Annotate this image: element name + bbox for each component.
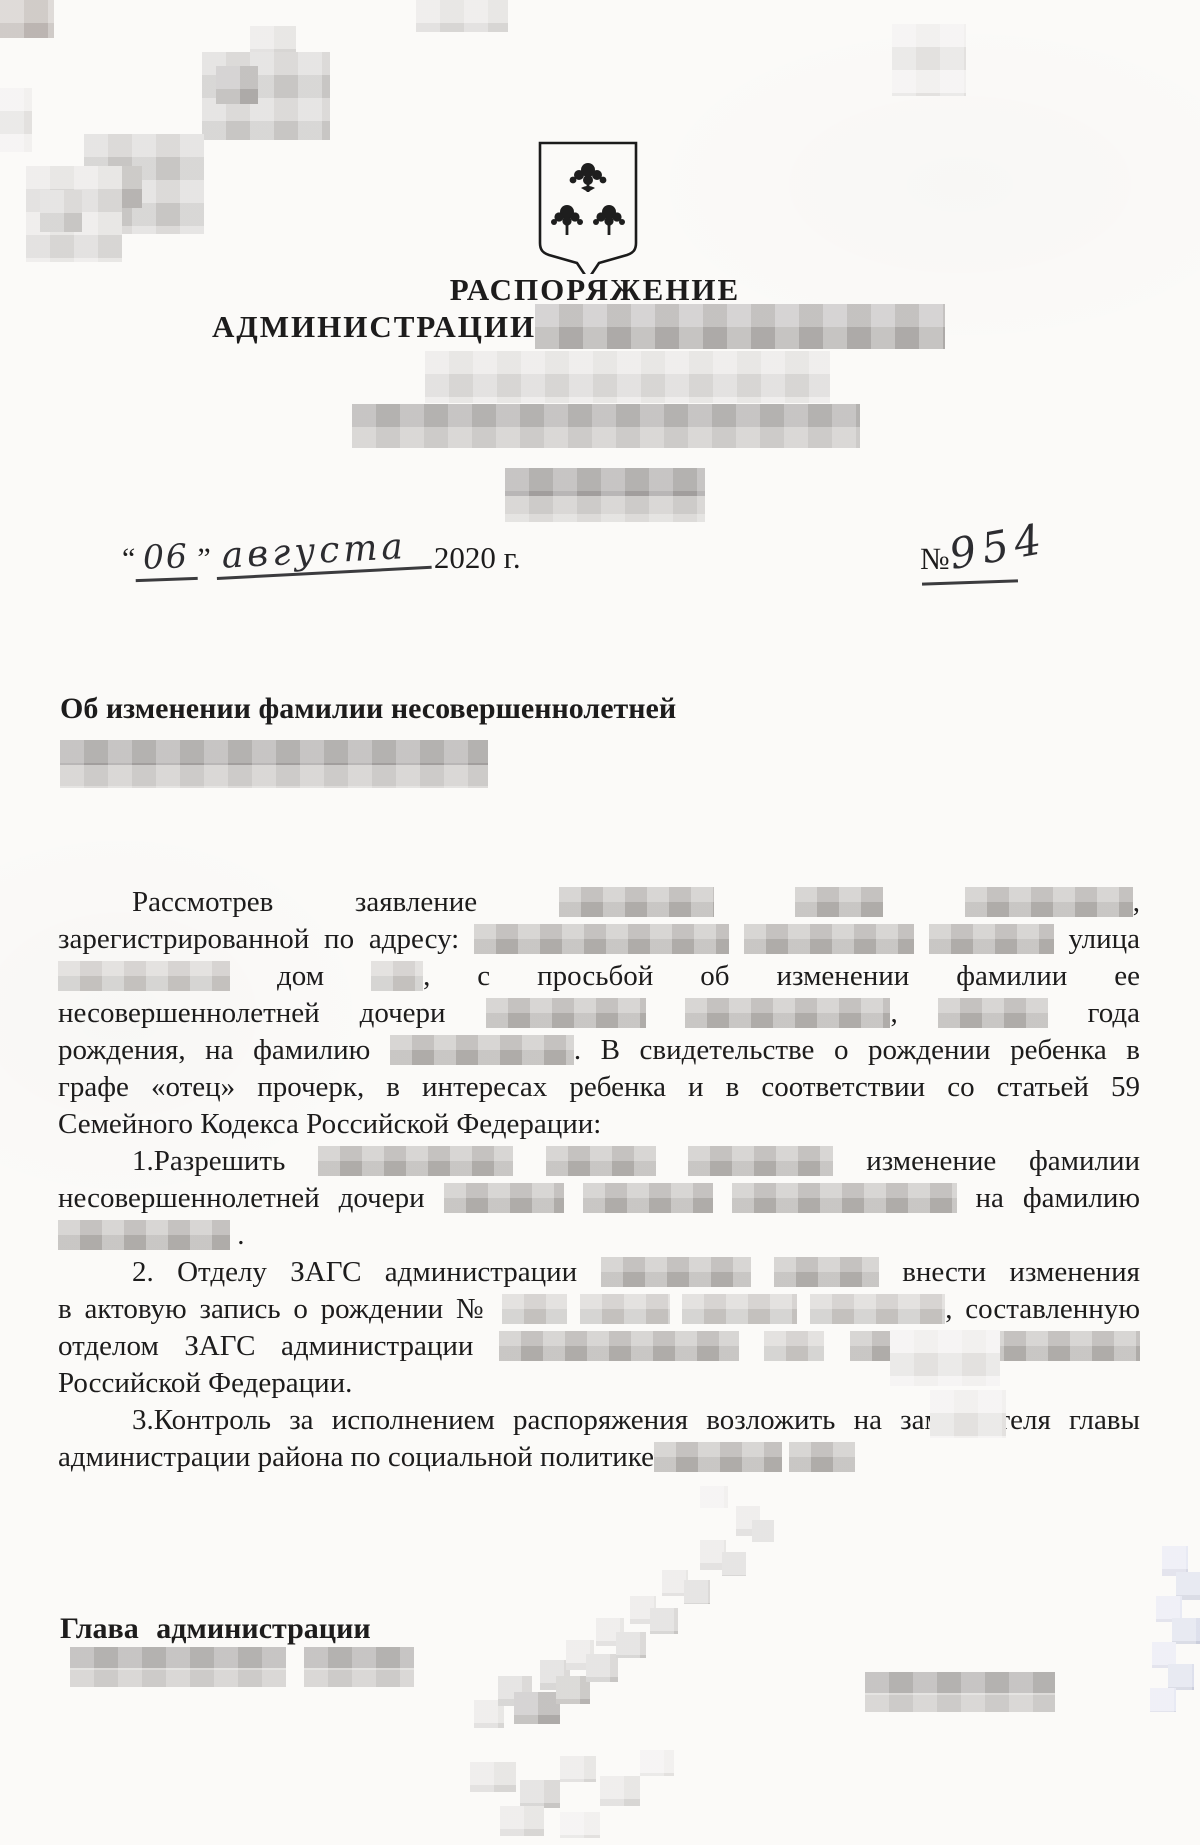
- redacted-inline: [58, 961, 230, 991]
- redacted-inline: [789, 1442, 855, 1472]
- pixelated-signature: [684, 1580, 710, 1604]
- text-run: 2. Отделу ЗАГС администрации: [132, 1256, 577, 1288]
- coat-of-arms-shield-three-plants-icon: [536, 140, 640, 274]
- body-line: 1.Разрешить изменение фамилии: [58, 1143, 1140, 1180]
- redacted-header-line: [425, 351, 830, 403]
- scanned-document-page: РАСПОРЯЖЕНИЕ АДМИНИСТРАЦИИ “06”августа20…: [0, 0, 1200, 1845]
- redacted-signer-name: [70, 1647, 286, 1687]
- redacted-inline: [774, 1257, 879, 1287]
- pixelated-signature: [616, 1632, 646, 1658]
- text-run: несовершеннолетней дочери: [58, 1182, 425, 1214]
- body-line: рождения, на фамилию . В свидетельстве о…: [58, 1032, 1140, 1069]
- text-run: на фамилию: [975, 1182, 1140, 1214]
- document-type-title: РАСПОРЯЖЕНИЕ: [0, 272, 1190, 308]
- redacted-inline: [318, 1146, 513, 1176]
- redacted-inline: [499, 1331, 739, 1361]
- open-quote: “: [122, 542, 135, 575]
- body-line: дом , с просьбой об изменении фамилии ее: [58, 958, 1140, 995]
- text-run: ,: [890, 997, 897, 1029]
- redacted-inline: [810, 1294, 945, 1324]
- redacted-inline: [444, 1183, 564, 1213]
- redacted-inline: [486, 998, 646, 1028]
- administration-label: АДМИНИСТРАЦИИ: [212, 309, 536, 345]
- handwritten-month: августа: [214, 525, 431, 580]
- scan-noise-block: [890, 1330, 1000, 1386]
- redacted-inline: [929, 924, 1054, 954]
- body-text: Рассмотрев заявление , зарегистрированно…: [58, 884, 1140, 1476]
- document-number: №954: [920, 530, 1052, 579]
- text-run: улица: [1068, 923, 1140, 955]
- text-run: .: [237, 1219, 244, 1251]
- scan-noise-block: [40, 190, 82, 232]
- text-run: , с просьбой об изменении фамилии ее: [423, 960, 1140, 992]
- body-line: в актовую запись о рождении № , составле…: [58, 1291, 1140, 1328]
- redacted-inline: [58, 1220, 230, 1250]
- redacted-inline: [559, 887, 714, 917]
- body-line: 2. Отделу ЗАГС администрации внести изме…: [58, 1254, 1140, 1291]
- body-line: Семейного Кодекса Российской Федерации:: [58, 1106, 1140, 1143]
- redacted-inline: [795, 887, 883, 917]
- text-run: отделом ЗАГС администрации: [58, 1330, 473, 1362]
- scan-noise-block: [0, 0, 54, 38]
- scan-noise-block: [600, 1776, 640, 1806]
- subject-title: Об изменении фамилии несовершеннолетней: [60, 692, 1060, 726]
- redacted-inline: [390, 1035, 574, 1065]
- text-run: Российской Федерации.: [58, 1367, 352, 1399]
- redacted-inline: [732, 1183, 957, 1213]
- scan-noise-block: [560, 1812, 600, 1838]
- text-run: Семейного Кодекса Российской Федерации:: [58, 1108, 601, 1140]
- date-line: “06”августа2020 г.: [122, 536, 521, 581]
- redacted-inline: [502, 1294, 567, 1324]
- handwritten-number: 954: [945, 514, 1050, 579]
- signature-title: Глава администрации: [60, 1612, 371, 1646]
- body-line: .: [58, 1217, 1140, 1254]
- text-run: заявление: [355, 886, 477, 918]
- body-line: зарегистрированной по адресу: улица: [58, 921, 1140, 958]
- number-sign: №: [920, 541, 950, 576]
- pixelated-signature: [556, 1676, 590, 1704]
- redacted-inline: [764, 1331, 824, 1361]
- text-run: изменение фамилии: [866, 1145, 1140, 1177]
- redacted-inline: [371, 961, 423, 991]
- pixelated-signature: [650, 1608, 678, 1634]
- number-underline: [922, 579, 1018, 585]
- body-line: несовершеннолетней дочери , года: [58, 995, 1140, 1032]
- redacted-inline: [938, 998, 1048, 1028]
- pixelated-signature: [722, 1552, 746, 1576]
- text-run: , составленную: [945, 1293, 1140, 1325]
- redacted-signer-name: [304, 1647, 414, 1687]
- handwritten-day: 06: [135, 536, 198, 582]
- scan-noise-block: [470, 1762, 516, 1792]
- body-line: графе «отец» прочерк, в интересах ребенк…: [58, 1069, 1140, 1106]
- text-run: Рассмотрев: [132, 886, 273, 918]
- redacted-signer-initials: [865, 1672, 1055, 1712]
- redacted-inline: [580, 1294, 670, 1324]
- scan-noise-block: [0, 88, 32, 152]
- redacted-inline: [583, 1183, 713, 1213]
- close-quote: ”: [197, 542, 210, 575]
- redacted-inline: [688, 1146, 833, 1176]
- redacted-subject-name: [60, 740, 488, 788]
- body-line: несовершеннолетней дочери на фамилию: [58, 1180, 1140, 1217]
- scan-noise-block: [640, 1750, 674, 1776]
- text-run: ,: [1133, 886, 1140, 918]
- text-run: внести изменения: [902, 1256, 1140, 1288]
- redacted-inline: [685, 998, 890, 1028]
- redacted-header-line: [505, 468, 705, 522]
- redacted-inline: [682, 1294, 797, 1324]
- body-line: администрации района по социальной полит…: [58, 1439, 1140, 1476]
- pixelated-signature: [752, 1520, 774, 1542]
- scan-noise-block: [892, 24, 966, 96]
- scan-noise-block: [1172, 1618, 1200, 1644]
- redacted-inline: [546, 1146, 656, 1176]
- redacted-inline: [474, 924, 729, 954]
- scan-noise-block: [216, 66, 258, 104]
- text-run: в актовую запись о рождении №: [58, 1293, 489, 1325]
- body-line: Рассмотрев заявление ,: [58, 884, 1140, 921]
- redacted-inline: [965, 887, 1133, 917]
- scan-noise-block: [250, 26, 296, 54]
- text-run: дом: [277, 960, 324, 992]
- scan-noise-block: [560, 1756, 596, 1782]
- text-run: несовершеннолетней дочери: [58, 997, 446, 1029]
- pixelated-signature: [514, 1692, 560, 1724]
- redacted-header-line: [352, 404, 860, 448]
- redacted-inline: [601, 1257, 751, 1287]
- text-run: года: [1088, 997, 1140, 1029]
- scan-noise-block: [1150, 1688, 1176, 1712]
- scan-noise-block: [930, 1390, 1006, 1438]
- scan-noise-block: [416, 0, 508, 32]
- typed-year: 2020 г.: [434, 540, 521, 575]
- scan-noise-block: [1168, 1664, 1194, 1690]
- pixelated-signature: [700, 1486, 728, 1508]
- pixelated-signature: [586, 1654, 618, 1682]
- redacted-inline: [654, 1442, 782, 1472]
- text-run: администрации района по социальной полит…: [58, 1441, 654, 1473]
- scan-noise-block: [520, 1780, 560, 1808]
- redacted-inline: [744, 924, 914, 954]
- redacted-administration-name: [535, 304, 945, 349]
- text-run: рождения, на фамилию: [58, 1034, 370, 1066]
- text-run: 1.Разрешить: [132, 1145, 285, 1177]
- text-run: . В свидетельстве о рождении ребенка в: [574, 1034, 1140, 1066]
- text-run: графе «отец» прочерк, в интересах ребенк…: [58, 1071, 1140, 1103]
- text-run: зарегистрированной по адресу:: [58, 923, 459, 955]
- scan-noise-block: [500, 1806, 544, 1836]
